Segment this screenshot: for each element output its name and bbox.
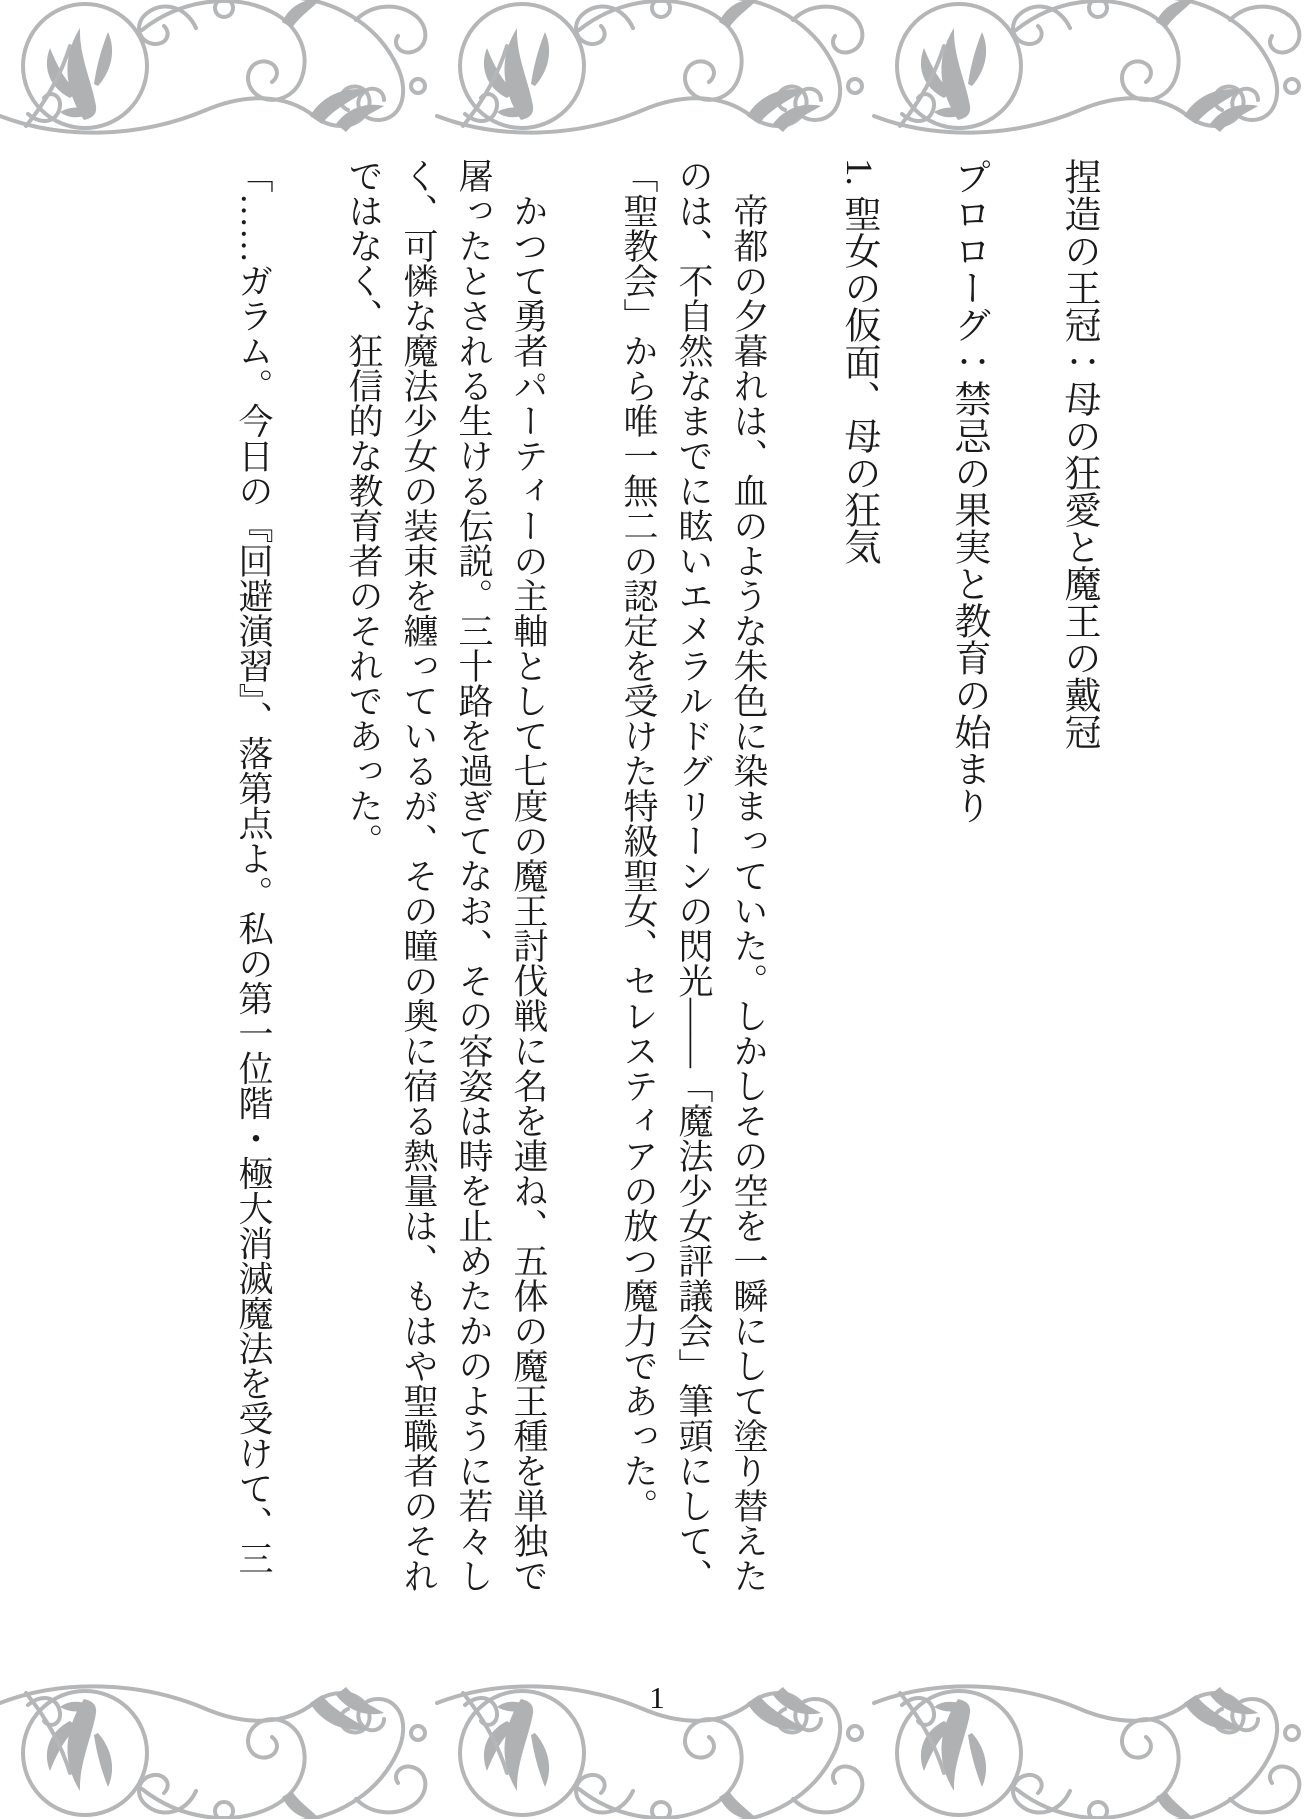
page-text: 捏造の王冠：母の狂愛と魔王の戴冠 プロローグ：禁忌の果実と教育の始まり 1. 聖… [226, 158, 1106, 1593]
paragraph-sunset: 帝都の夕暮れは、血のような朱色に染まっていた。しかしその空を一瞬にして塗り替えた… [611, 158, 776, 1593]
novel-page: 捏造の王冠：母の狂愛と魔王の戴冠 プロローグ：禁忌の果実と教育の始まり 1. 聖… [0, 0, 1311, 1819]
page-number: 1 [625, 1680, 689, 1716]
ornamental-border-top [0, 0, 1311, 144]
paragraph-dialogue: 「……ガラム。今日の『回避演習』、落第点よ。私の第一位階・極大消滅魔法を受けて、… [226, 158, 281, 1593]
novel-title: 捏造の王冠：母の狂愛と魔王の戴冠 [1051, 158, 1106, 1593]
paragraph-legend: かつて勇者パーティーの主軸として七度の魔王討伐戦に名を連ね、五体の魔王種を単独で… [336, 158, 556, 1593]
prologue-heading: プロローグ：禁忌の果実と教育の始まり [941, 158, 996, 1593]
section-heading: 1. 聖女の仮面、母の狂気 [831, 158, 886, 1593]
